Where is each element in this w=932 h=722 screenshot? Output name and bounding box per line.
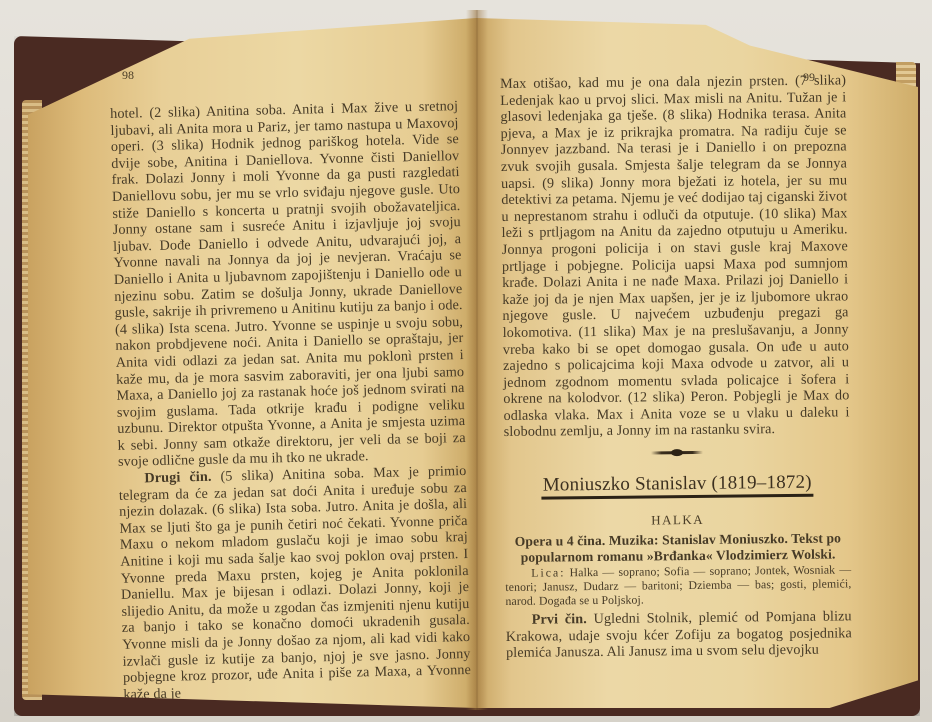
book-gutter <box>466 10 488 710</box>
opera-description: Opera u 4 čina. Muzika: Stanislav Monius… <box>505 531 851 567</box>
page-number: 98 <box>122 68 134 83</box>
act-label: Drugi čin. <box>144 469 211 487</box>
right-page: 99 Max otišao, kad mu je ona dala njezin… <box>476 18 918 708</box>
cast-label: Lica: <box>531 566 565 580</box>
paragraph: hotel. (2 slika) Anitina soba. Anita i M… <box>110 98 466 471</box>
left-page: 98 hotel. (2 slika) Anitina soba. Anita … <box>28 18 476 708</box>
paragraph: Prvi čin. Ugledni Stolnik, plemić od Pom… <box>506 609 853 662</box>
opera-title: HALKA <box>505 510 851 530</box>
left-page-text: hotel. (2 slika) Anitina soba. Anita i M… <box>110 98 471 703</box>
paragraph: Drugi čin. (5 slika) Anitina soba. Max j… <box>118 463 471 703</box>
act-label: Prvi čin. <box>532 611 587 628</box>
paragraph-body: (5 slika) Anitina soba. Max je primio te… <box>119 463 471 703</box>
cast-list: Lica: Halka — soprano; Sofia — soprano; … <box>505 563 851 609</box>
right-page-text: Max otišao, kad mu je ona dala njezin pr… <box>500 72 852 662</box>
paragraph: Max otišao, kad mu je ona dala njezin pr… <box>500 72 850 441</box>
composer-heading: Moniuszko Stanislav (1819–1872) <box>504 474 850 494</box>
section-divider-ornament <box>651 451 703 455</box>
